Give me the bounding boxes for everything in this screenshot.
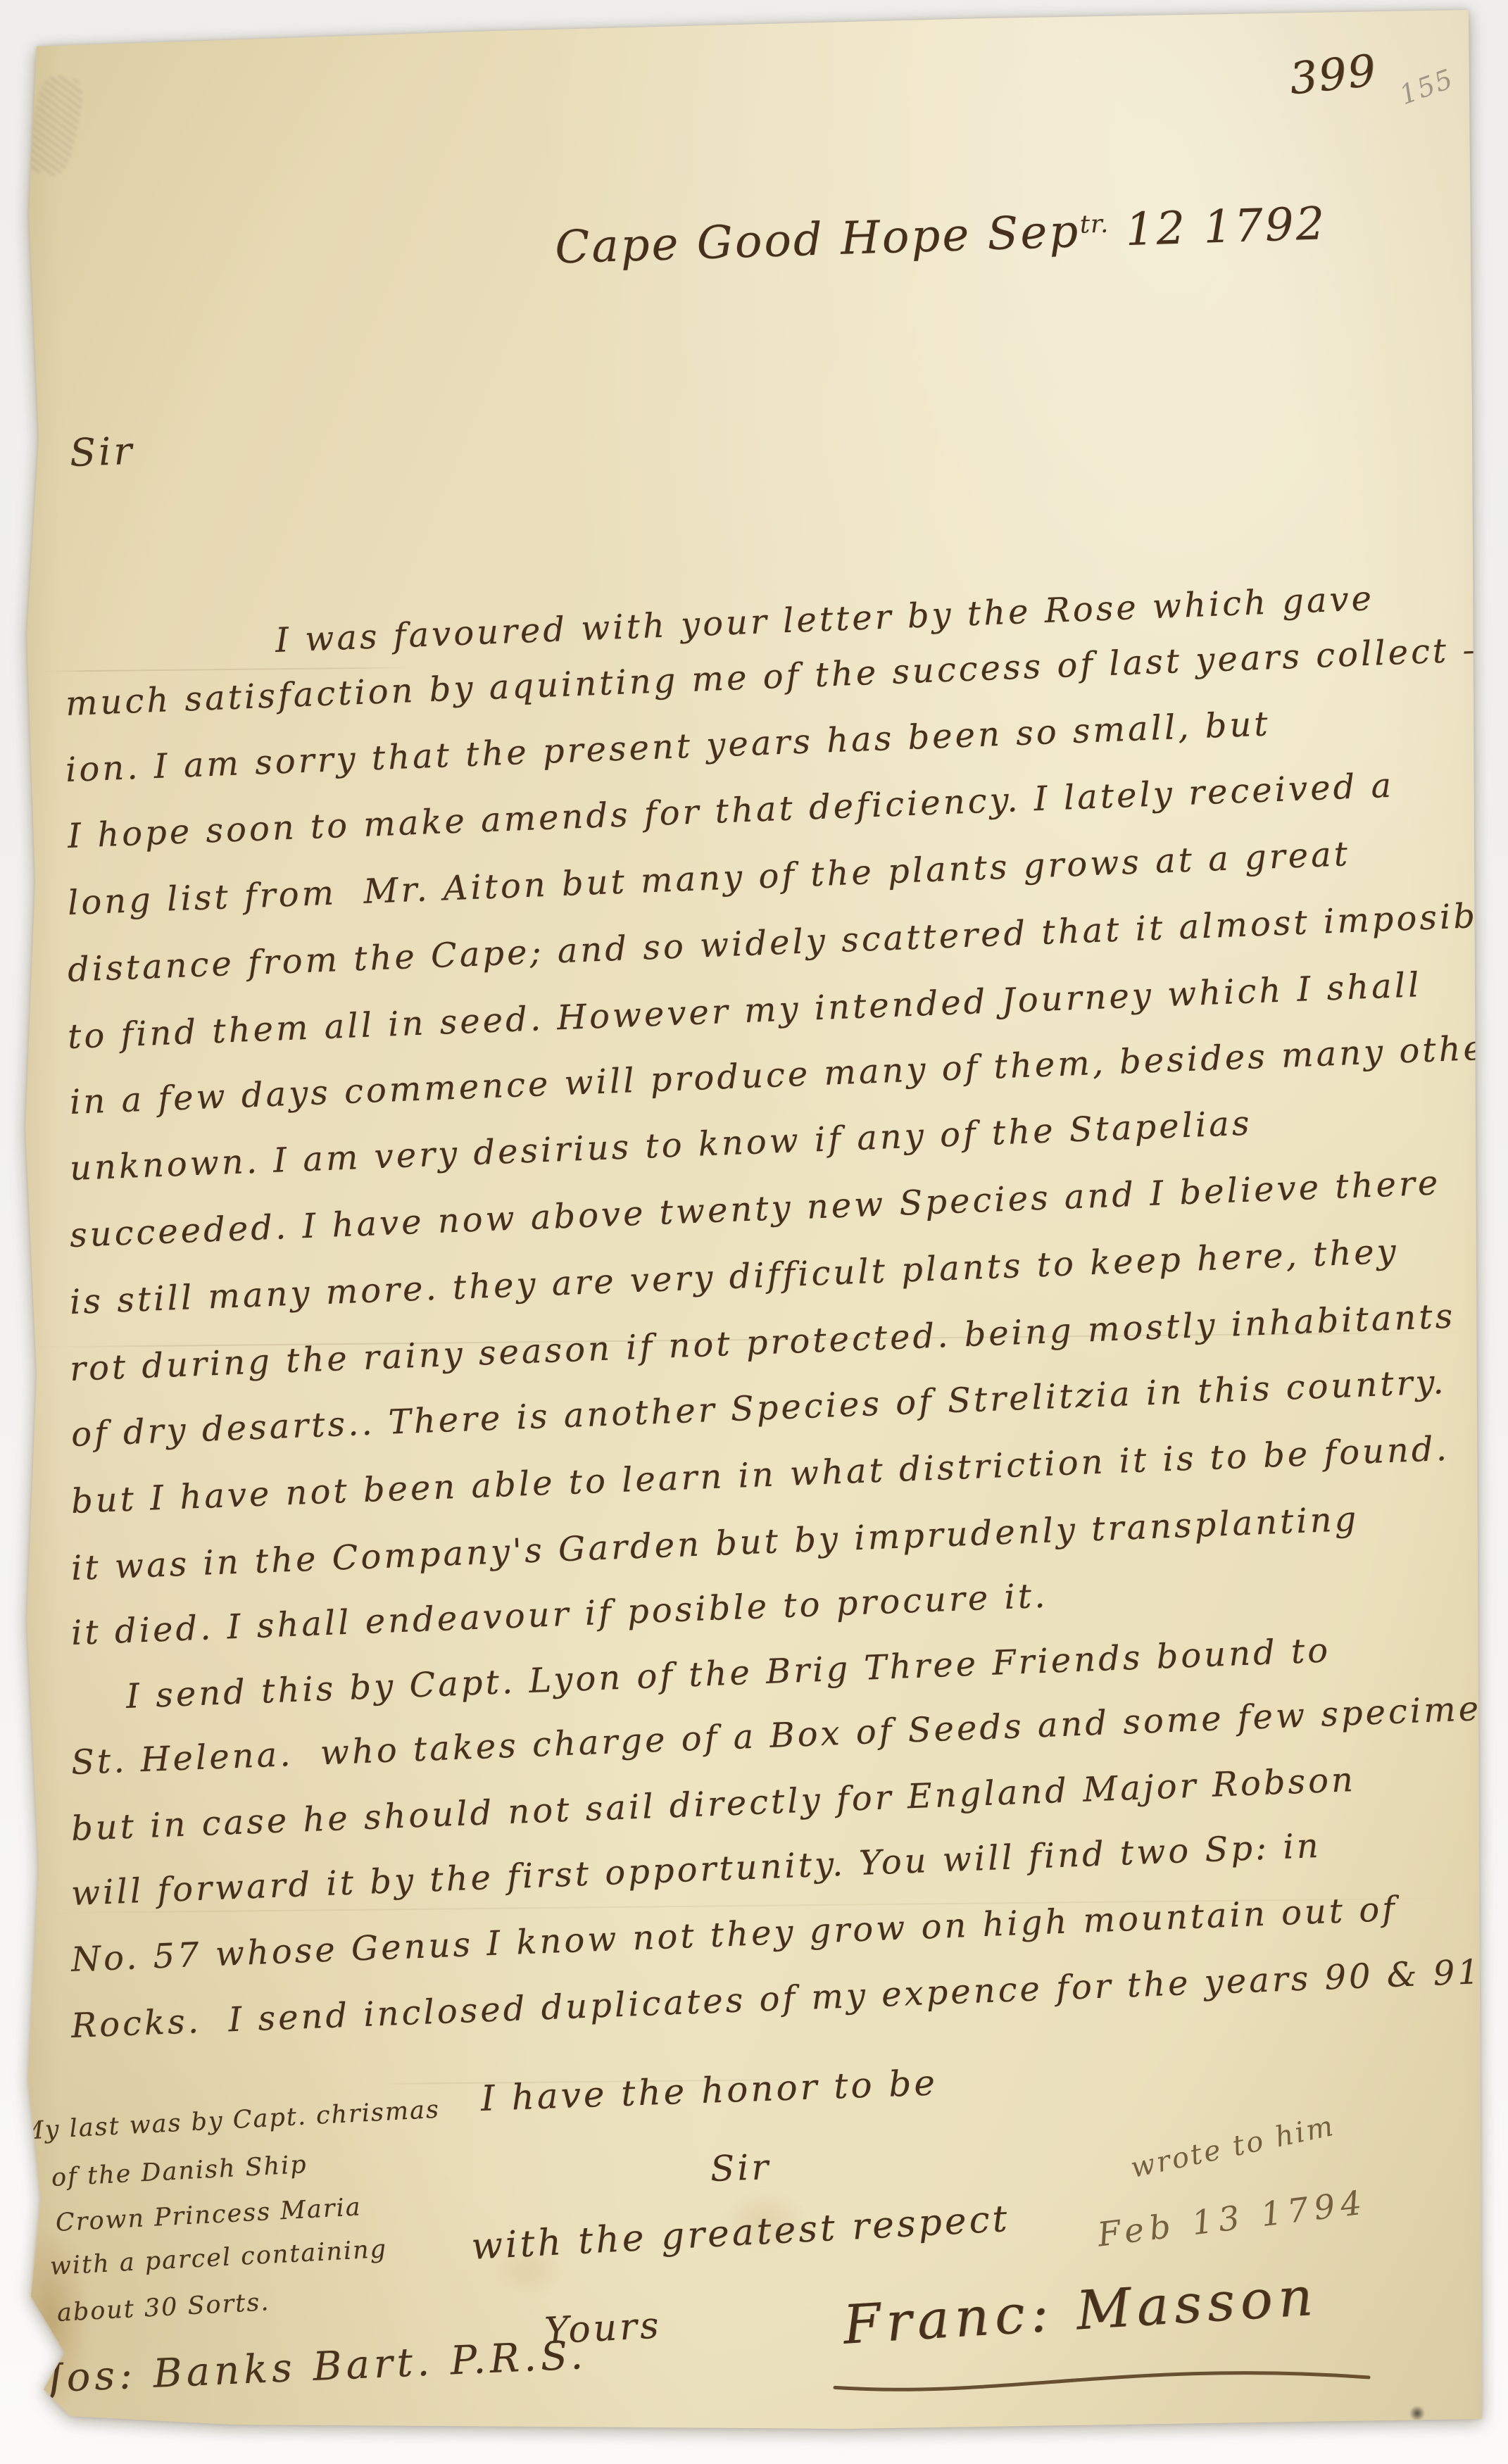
address-line: Sir Jos: Banks Bart. P.R.S. bbox=[0, 2332, 588, 2406]
dateline-date: 12 1792 bbox=[1108, 198, 1327, 257]
scanned-letter-page: { "document": { "page_number_ink": "399"… bbox=[0, 0, 1508, 2464]
closing-line: Sir bbox=[710, 2146, 772, 2189]
folio-number-pencil: 155 bbox=[1395, 63, 1458, 111]
margin-note-line: about 30 Sorts. bbox=[56, 2288, 270, 2327]
margin-note-line: of the Danish Ship bbox=[51, 2151, 308, 2192]
closing-line: I have the honor to be bbox=[480, 2062, 938, 2119]
pencil-smudge bbox=[23, 73, 87, 178]
dateline: Cape Good Hope Septr. 12 1792 bbox=[454, 146, 1329, 329]
dateline-place: Cape Good Hope Sep bbox=[554, 206, 1081, 274]
margin-note-line: My last was by Capt. chrismas bbox=[18, 2096, 441, 2146]
signature-flourish bbox=[830, 2347, 1381, 2415]
folio-number-ink: 399 bbox=[1287, 44, 1379, 105]
signature: Franc: Masson bbox=[841, 2265, 1320, 2356]
body-line: it died. I shall endeavour if posible to… bbox=[70, 1576, 1048, 1653]
docket-note: wrote to him bbox=[1128, 2110, 1338, 2185]
docket-date: Feb 13 1794 bbox=[1095, 2183, 1369, 2255]
dateline-superscript: tr. bbox=[1079, 209, 1110, 239]
closing-line: with the greatest respect bbox=[470, 2198, 1011, 2268]
margin-note-line: with a parcel containing bbox=[49, 2235, 388, 2281]
paper-crease bbox=[42, 667, 408, 672]
margin-note-line: Crown Princess Maria bbox=[55, 2193, 363, 2237]
letter-sheet: 399 155 Cape Good Hope Septr. 12 1792 Si… bbox=[0, 0, 1508, 2464]
salutation: Sir bbox=[69, 429, 135, 475]
edge-mark bbox=[22, 426, 34, 444]
paper-shadow-wrap: 399 155 Cape Good Hope Septr. 12 1792 Si… bbox=[0, 0, 1508, 2464]
edge-mark bbox=[18, 733, 29, 753]
ink-spot bbox=[1409, 2406, 1425, 2420]
body-line: unknown. I am very desirius to know if a… bbox=[69, 1103, 1252, 1188]
